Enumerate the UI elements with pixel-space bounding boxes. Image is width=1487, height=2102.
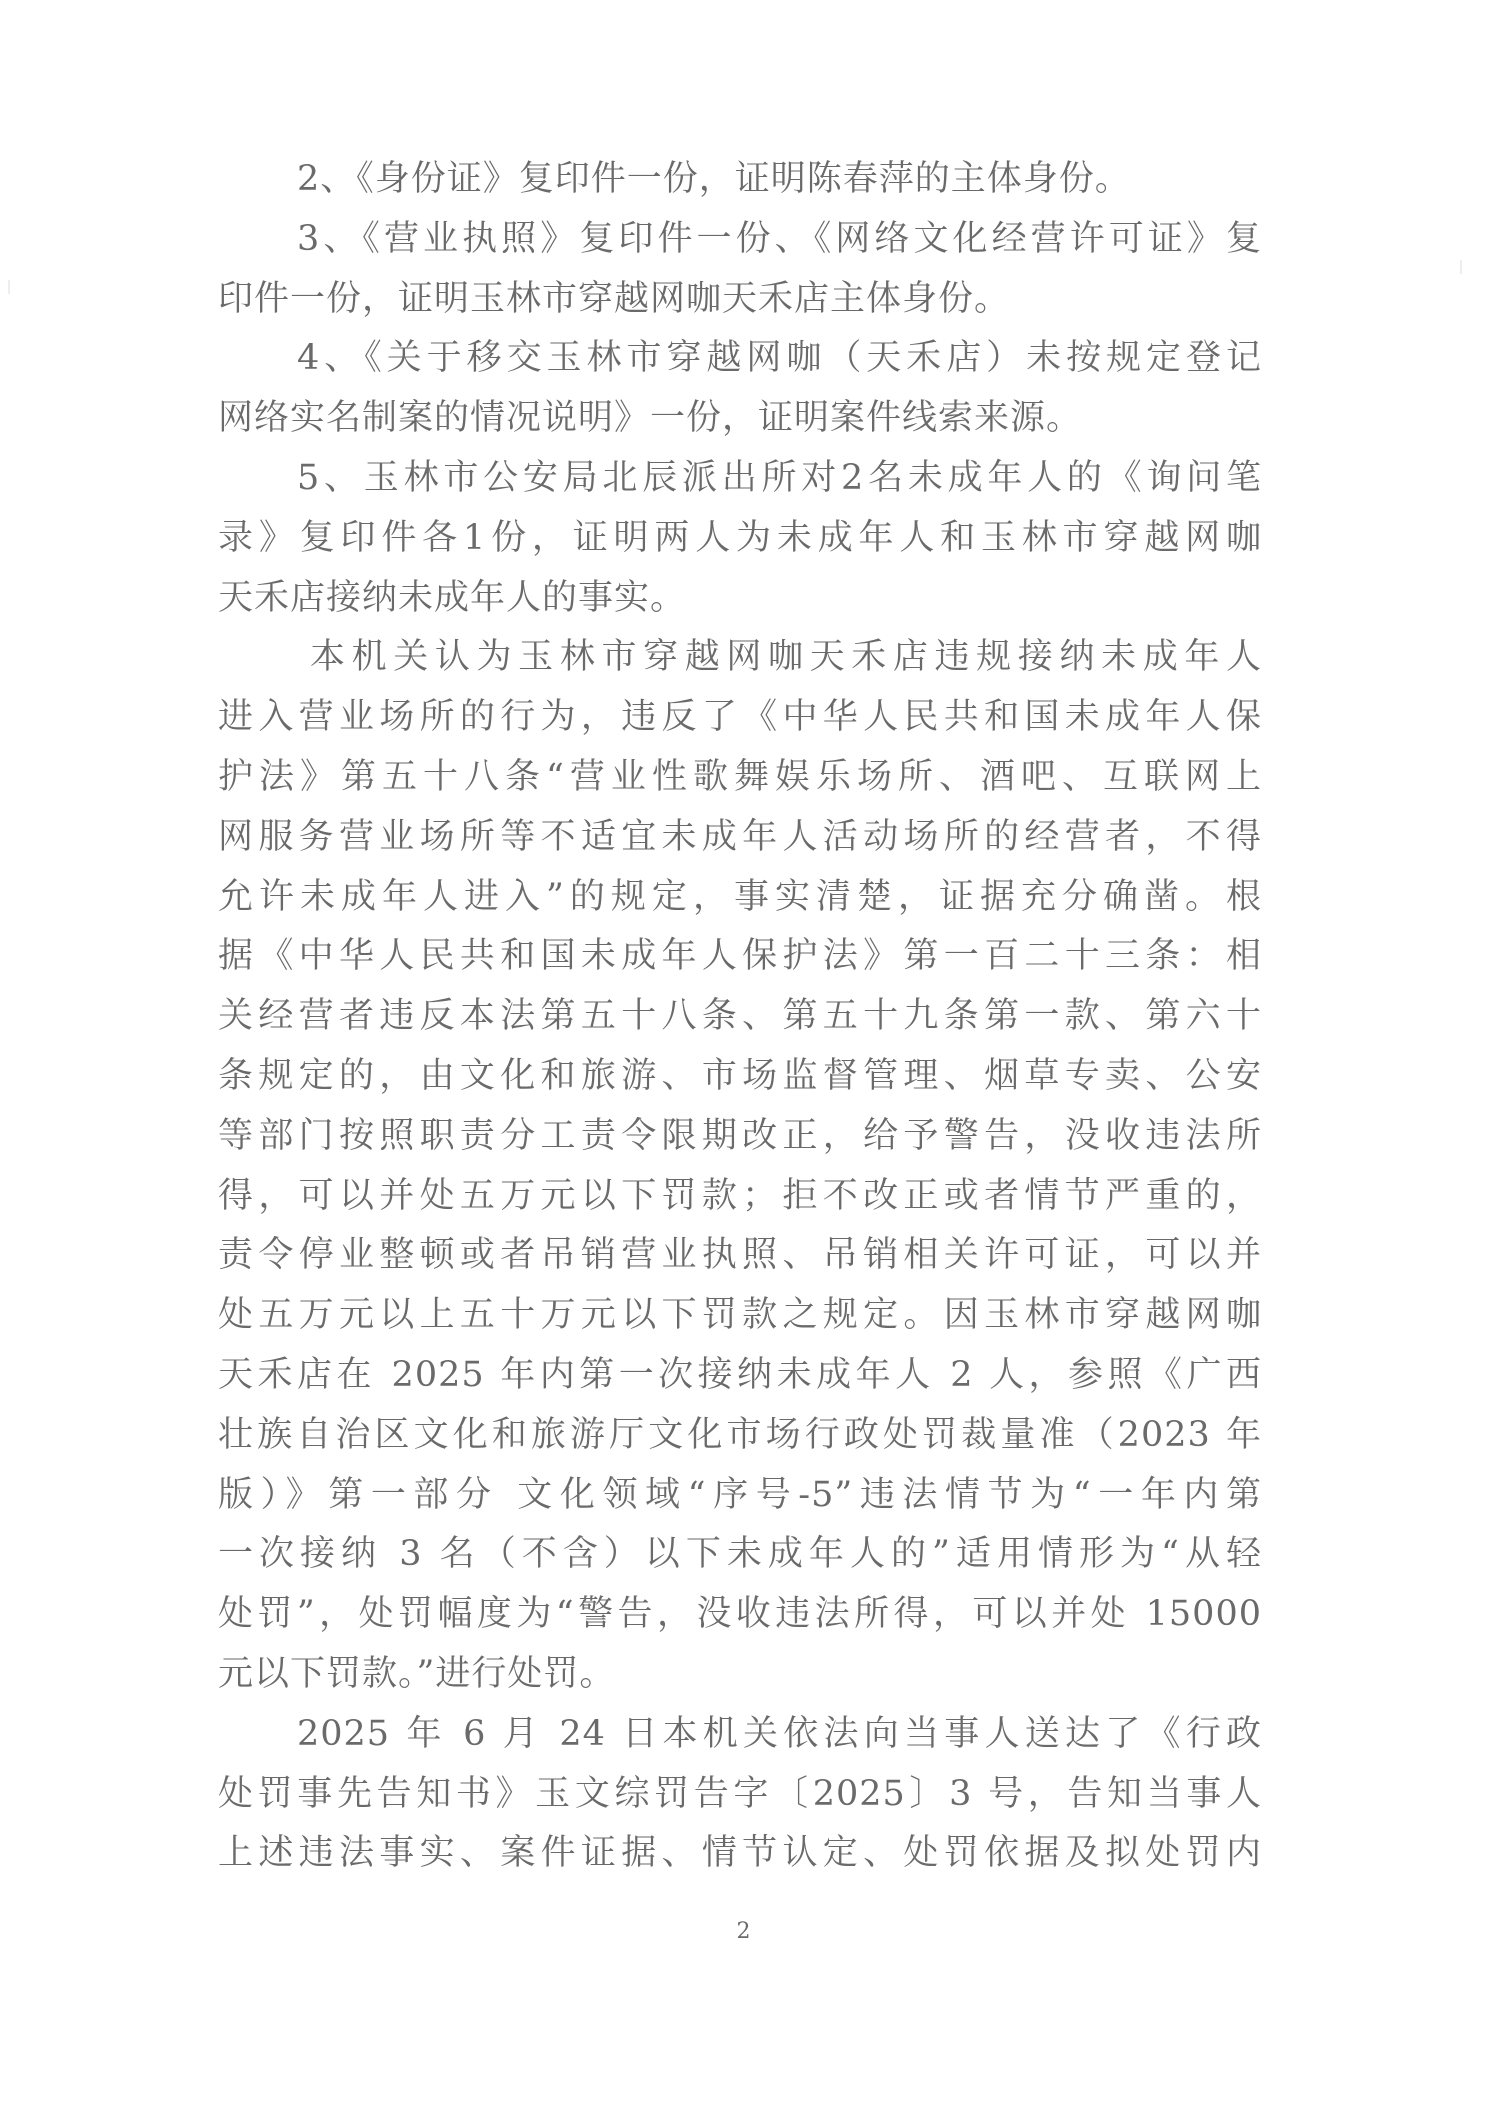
evidence-item-3-line-2: 印件一份，证明玉林市穿越网咖天禾店主体身份。 [218,270,1262,330]
body-text: 2、《身份证》复印件一份，证明陈春萍的主体身份。 3、《营业执照》复印件一份、《… [218,150,1262,1884]
evidence-item-4-line-1: 4、《关于移交玉林市穿越网咖（天禾店）未按规定登记 [218,329,1262,389]
page-number: 2 [0,1918,1487,1946]
finding-paragraph-line: 网服务营业场所等不适宜未成年人活动场所的经营者，不得 [218,808,1262,868]
notice-paragraph-line: 2025 年 6 月 24 日本机关依法向当事人送达了《行政 [218,1705,1262,1765]
finding-paragraph-line: 关经营者违反本法第五十八条、第五十九条第一款、第六十 [218,987,1262,1047]
finding-paragraph-line: 本机关认为玉林市穿越网咖天禾店违规接纳未成年人 [218,628,1262,688]
evidence-item-5-line-1: 5、玉林市公安局北辰派出所对2名未成年人的《询问笔 [218,449,1262,509]
notice-paragraph-line: 上述违法事实、案件证据、情节认定、处罚依据及拟处罚内 [218,1824,1262,1884]
finding-paragraph-line: 壮族自治区文化和旅游厅文化市场行政处罚裁量准（2023 年 [218,1406,1262,1466]
finding-paragraph-line: 条规定的，由文化和旅游、市场监督管理、烟草专卖、公安 [218,1047,1262,1107]
finding-paragraph-line: 护法》第五十八条“营业性歌舞娱乐场所、酒吧、互联网上 [218,748,1262,808]
finding-paragraph-line: 一次接纳 3 名（不含）以下未成年人的”适用情形为“从轻 [218,1525,1262,1585]
evidence-item-3-line-1: 3、《营业执照》复印件一份、《网络文化经营许可证》复 [218,210,1262,270]
finding-paragraph-line: 处五万元以上五十万元以下罚款之规定。因玉林市穿越网咖 [218,1286,1262,1346]
document-page: 2、《身份证》复印件一份，证明陈春萍的主体身份。 3、《营业执照》复印件一份、《… [0,0,1487,2102]
evidence-item-2: 2、《身份证》复印件一份，证明陈春萍的主体身份。 [218,150,1262,210]
finding-paragraph-line: 据《中华人民共和国未成年人保护法》第一百二十三条：相 [218,927,1262,987]
finding-paragraph-line: 进入营业场所的行为，违反了《中华人民共和国未成年人保 [218,688,1262,748]
finding-paragraph-line: 元以下罚款。”进行处罚。 [218,1645,1262,1705]
notice-paragraph-line: 处罚事先告知书》玉文综罚告字〔2025〕3 号，告知当事人 [218,1765,1262,1825]
finding-paragraph-line: 责令停业整顿或者吊销营业执照、吊销相关许可证，可以并 [218,1226,1262,1286]
finding-paragraph-line: 等部门按照职责分工责令限期改正，给予警告，没收违法所 [218,1107,1262,1167]
evidence-item-5-line-3: 天禾店接纳未成年人的事实。 [218,569,1262,629]
finding-paragraph-line: 得，可以并处五万元以下罚款；拒不改正或者情节严重的， [218,1167,1262,1227]
scan-artifact [8,280,10,294]
finding-paragraph-line: 天禾店在 2025 年内第一次接纳未成年人 2 人，参照《广西 [218,1346,1262,1406]
evidence-item-5-line-2: 录》复印件各1份，证明两人为未成年人和玉林市穿越网咖 [218,509,1262,569]
scan-artifact [1460,260,1462,274]
finding-paragraph-line: 处罚”，处罚幅度为“警告，没收违法所得，可以并处 15000 [218,1585,1262,1645]
evidence-item-4-line-2: 网络实名制案的情况说明》一份，证明案件线索来源。 [218,389,1262,449]
finding-paragraph-line: 允许未成年人进入”的规定，事实清楚，证据充分确凿。根 [218,868,1262,928]
finding-paragraph-line: 版）》第一部分 文化领域“序号-5”违法情节为“一年内第 [218,1466,1262,1526]
